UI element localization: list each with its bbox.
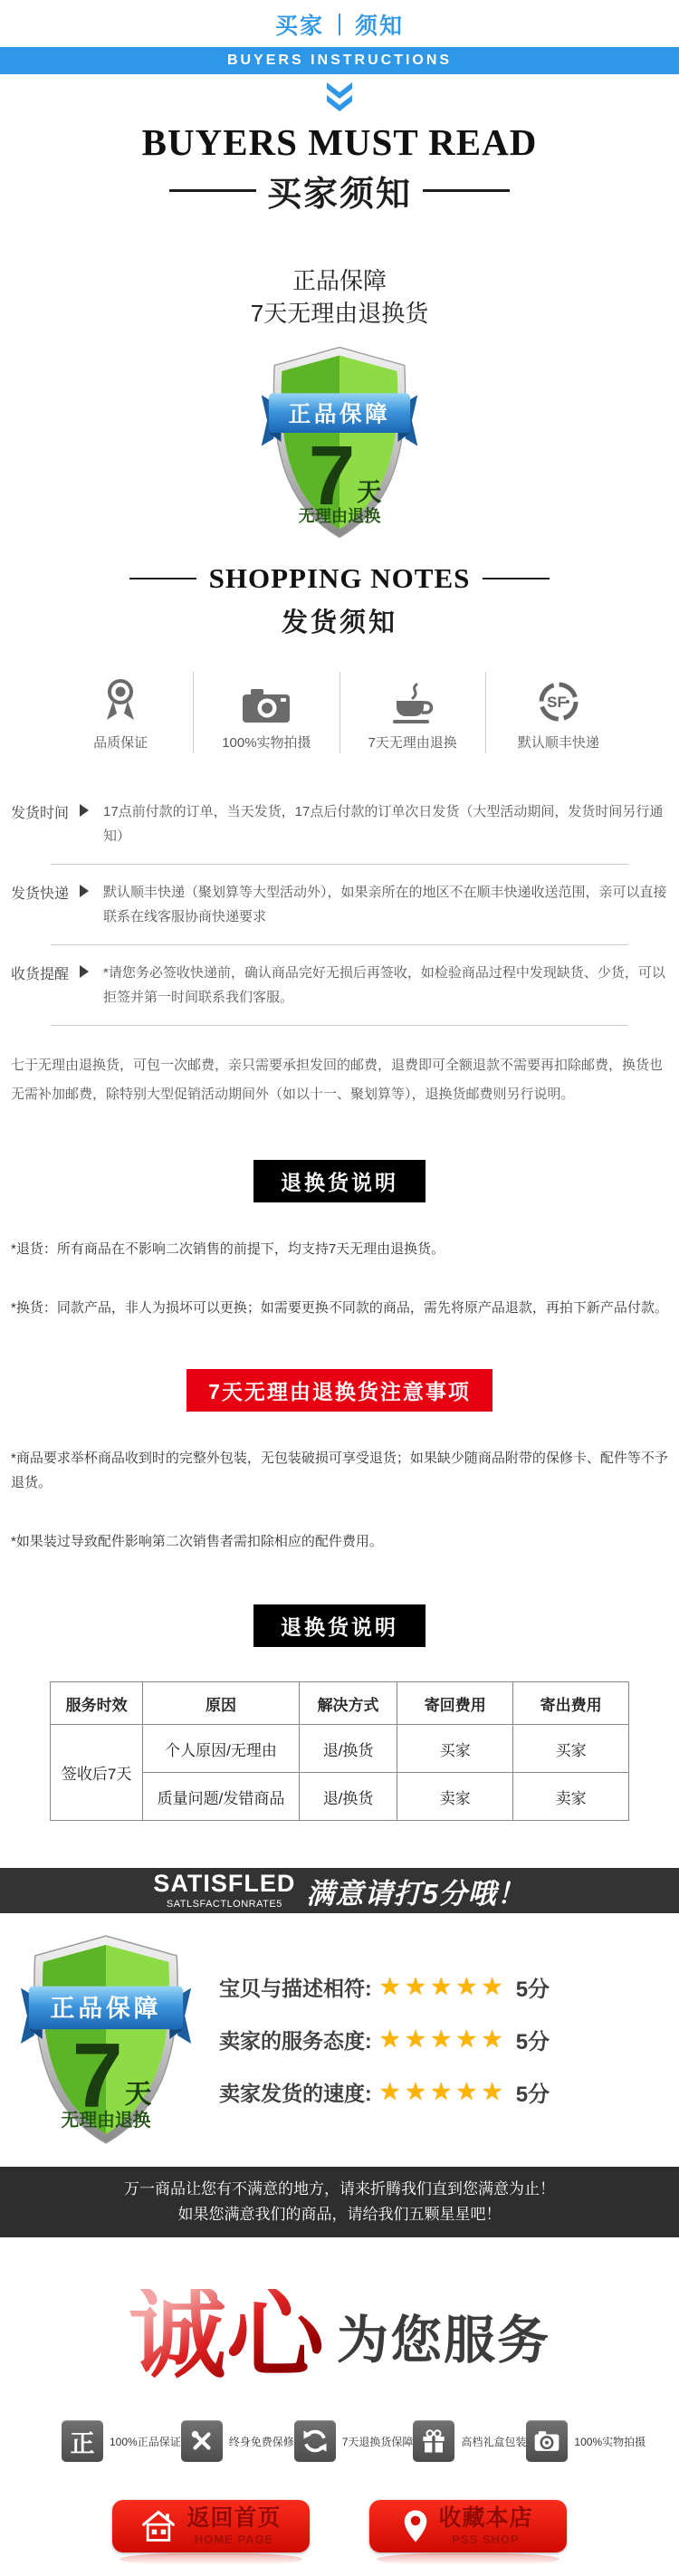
rating-row-speed: 卖家发货的速度: ★★★★★ 5分 (219, 2076, 663, 2108)
guarantee-text: 正品保障 7天无理由退换货 (0, 264, 679, 330)
satisfaction-banner-cn: 满意请打5分哦！ (306, 1871, 525, 1911)
cell: 买家 (397, 1725, 513, 1773)
feature-label: 7天无理由退换 (340, 733, 485, 752)
shield-caption: 无理由退换 (62, 2110, 151, 2131)
arrow-right-icon (80, 885, 89, 897)
shopping-notes-title: SHOPPING NOTES (0, 562, 679, 595)
feature-label: 品质保证 (48, 733, 193, 752)
cell: 个人原因/无理由 (143, 1725, 300, 1773)
cell: 卖家 (513, 1773, 629, 1821)
arrow-right-icon (80, 804, 89, 817)
feature-label: 7天退换货保障 (342, 2434, 414, 2449)
five-stars-icon: ★★★★★ (379, 2025, 507, 2054)
header-divider (339, 14, 340, 35)
notice-item-1: *商品要求举杯商品收到时的完整外包装，无包装破损可享受退货；如果缺少随商品附带的… (11, 1446, 668, 1495)
feature-label: 100%实物拍摄 (574, 2434, 646, 2449)
gift-box-icon (420, 2428, 447, 2455)
shield-unit: 天 (125, 2080, 152, 2110)
shipping-notes-title-cn: 发货须知 (0, 602, 679, 639)
button-label-en: HOME PAGE (186, 2533, 281, 2546)
coffee-cup-icon (389, 683, 436, 724)
row-text: *请您务必签收快递前，确认商品完好无损后再签收，如检验商品过程中发现缺货、少货，… (103, 961, 668, 1010)
guarantee-shield-badge: 正品保障 7 天 无理由退换 (16, 1931, 196, 2147)
cell: 退/换货 (299, 1773, 397, 1821)
arrow-right-icon (80, 965, 89, 978)
header-title-right: 须知 (355, 8, 404, 41)
feature-warranty: 终身免费保修 (181, 2420, 294, 2462)
feature-7day-return: 7天无理由退换 (339, 672, 485, 753)
row-label: 发货时间 (11, 800, 78, 848)
button-label-en: PSS SHOP (438, 2533, 532, 2546)
row-text: 17点前付款的订单，当天发货，17点后付款的订单次日发货（大型活动期间，发货时间… (103, 800, 668, 848)
row-label: 发货快递 (11, 880, 78, 929)
sf-express-icon: SF (536, 679, 581, 724)
feature-real-photo: 100%实物拍摄 (526, 2420, 646, 2462)
favorite-shop-button[interactable]: 收藏本店 PSS SHOP (369, 2500, 567, 2552)
postage-note: 七于无理由退换货，可包一次邮费，亲只需要承担发回的邮费，退费即可全额退款不需要再… (11, 1051, 668, 1110)
five-stars-icon: ★★★★★ (379, 1973, 507, 2001)
returns-item-2: *换货：同款产品，非人为损坏可以更换；如需要更换不同款的商品，需先将原产品退款，… (11, 1296, 668, 1320)
col-header: 寄出费用 (513, 1682, 629, 1725)
rating-score: 5分 (516, 2024, 550, 2055)
cell: 质量问题/发错商品 (143, 1773, 300, 1821)
rating-label: 宝贝与描述相符: (219, 1972, 372, 2002)
timeframe-cell: 签收后7天 (51, 1725, 143, 1821)
col-header: 原因 (143, 1682, 300, 1725)
rating-list: 宝贝与描述相符: ★★★★★ 5分 卖家的服务态度: ★★★★★ 5分 卖家发货… (196, 1950, 663, 2129)
exchange-arrows-icon (301, 2428, 329, 2455)
satisfaction-banner: SATISFLED SATLSFACTLONRATE5 满意请打5分哦！ (0, 1868, 679, 1913)
home-icon (140, 2509, 177, 2543)
dash-right (483, 578, 550, 579)
feature-label: 100%正品保证 (110, 2434, 181, 2449)
button-label-cn: 收藏本店 (438, 2507, 532, 2530)
returns-item-1: *退货：所有商品在不影响二次销售的前提下，均支持7天无理由退换货。 (11, 1237, 668, 1261)
buyers-instructions-page: 买家 须知 BUYERS INSTRUCTIONS BUYERS MUST RE… (0, 0, 679, 2576)
svg-text:SF: SF (547, 694, 567, 711)
row-label: 收货提醒 (11, 961, 78, 1010)
header-title-left: 买家 (275, 8, 324, 41)
genuine-seal-icon: 正 (62, 2420, 103, 2462)
bottom-features-row: 正 100%正品保证 终身免费保修 7天退 (62, 2420, 617, 2462)
sincere-text-gray: 为您服务 (337, 2299, 550, 2379)
dash-left (129, 578, 196, 579)
col-header: 服务时效 (51, 1682, 143, 1725)
dash-left (169, 189, 256, 192)
guarantee-line1: 正品保障 (0, 264, 679, 297)
rating-label: 卖家发货的速度: (219, 2077, 372, 2107)
feature-label: 高档礼盒包装 (461, 2434, 526, 2449)
satisfaction-banner-en: SATISFLED SATLSFACTLONRATE5 (153, 1872, 295, 1910)
shield-caption: 无理由退换 (299, 506, 382, 525)
guarantee-shield-badge: 正品保障 7 天 无理由退换 (257, 343, 422, 541)
shipping-row-time: 发货时间 17点前付款的订单，当天发货，17点后付款的订单次日发货（大型活动期间… (11, 784, 668, 864)
feature-genuine: 正 100%正品保证 (62, 2420, 181, 2462)
table-header-row: 服务时效 原因 解决方式 寄回费用 寄出费用 (51, 1682, 629, 1725)
camera-icon (242, 686, 291, 724)
rating-row-description: 宝贝与描述相符: ★★★★★ 5分 (219, 1971, 663, 2003)
page-header: 买家 须知 (0, 0, 679, 47)
shield-unit: 天 (357, 477, 381, 505)
divider (51, 1025, 628, 1026)
feature-label: 默认顺丰快递 (486, 733, 631, 752)
return-policy-table: 服务时效 原因 解决方式 寄回费用 寄出费用 签收后7天 个人原因/无理由 退/… (50, 1681, 629, 1821)
return-notice-banner: 7天无理由退换货注意事项 (186, 1369, 493, 1412)
sincere-text-red: 诚心 (129, 2289, 324, 2379)
sincere-service-heading: 诚心 为您服务 (0, 2272, 679, 2379)
rating-score: 5分 (516, 1971, 550, 2003)
hero-title-en: BUYERS MUST READ (0, 120, 679, 164)
promise-banner: 万一商品让您有不满意的地方，请来折腾我们直到您满意为止！ 如果您满意我们的商品，… (0, 2167, 679, 2237)
shield-ribbon-label: 正品保障 (51, 1995, 162, 2023)
promise-line-1: 万一商品让您有不满意的地方，请来折腾我们直到您满意为止！ (0, 2177, 679, 2202)
shipping-row-receipt: 收货提醒 *请您务必签收快递前，确认商品完好无损后再签收，如检验商品过程中发现缺… (11, 945, 668, 1025)
shipping-info-list: 发货时间 17点前付款的订单，当天发货，17点后付款的订单次日发货（大型活动期间… (11, 784, 668, 1026)
policy-table-banner: 退换货说明 (253, 1604, 426, 1647)
location-pin-icon (403, 2508, 428, 2544)
header-subtitle-bar: BUYERS INSTRUCTIONS (0, 47, 679, 74)
service-features-row: 品质保证 100%实物拍摄 (48, 672, 631, 753)
table-row: 签收后7天 个人原因/无理由 退/换货 买家 买家 (51, 1725, 629, 1773)
returns-banner: 退换货说明 (253, 1160, 426, 1202)
cell: 卖家 (397, 1773, 513, 1821)
col-header: 解决方式 (299, 1682, 397, 1725)
dash-right (423, 189, 510, 192)
five-stars-icon: ★★★★★ (379, 2078, 507, 2106)
shield-ribbon-label: 正品保障 (289, 400, 391, 426)
home-page-button[interactable]: 返回首页 HOME PAGE (112, 2500, 310, 2552)
notice-item-2: *如果装过导致配件影响第二次销售者需扣除相应的配件费用。 (11, 1529, 668, 1554)
feature-quality: 品质保证 (48, 672, 193, 753)
row-text: 默认顺丰快递（聚划算等大型活动外），如果亲所在的地区不在顺丰快递收送范围，亲可以… (103, 880, 668, 929)
rating-section: 正品保障 7 天 无理由退换 宝贝与描述相符: ★★★★★ 5分 卖家的服务态度… (16, 1931, 663, 2147)
repair-tools-icon (188, 2428, 215, 2455)
rating-score: 5分 (516, 2076, 550, 2108)
double-chevron-down-icon (321, 82, 358, 113)
button-label-cn: 返回首页 (186, 2507, 281, 2530)
col-header: 寄回费用 (397, 1682, 513, 1725)
feature-label: 终身免费保修 (229, 2434, 294, 2449)
rating-label: 卖家的服务态度: (219, 2025, 372, 2054)
hero-title-cn: 买家须知 (0, 166, 679, 215)
rating-row-service: 卖家的服务态度: ★★★★★ 5分 (219, 2024, 663, 2055)
promise-line-2: 如果您满意我们的商品，请给我们五颗星星吧！ (0, 2202, 679, 2227)
feature-real-photo: 100%实物拍摄 (193, 672, 339, 753)
medal-icon (100, 677, 140, 724)
feature-return-guarantee: 7天退换货保障 (294, 2420, 414, 2462)
cell: 退/换货 (299, 1725, 397, 1773)
guarantee-line2: 7天无理由退换货 (0, 297, 679, 330)
cell: 买家 (513, 1725, 629, 1773)
feature-gift-box: 高档礼盒包装 (413, 2420, 526, 2462)
camera-icon (533, 2428, 560, 2455)
feature-label: 100%实物拍摄 (194, 733, 339, 752)
feature-sf-express: SF 默认顺丰快递 (485, 672, 631, 753)
footer-buttons: 返回首页 HOME PAGE 收藏本店 PSS SHOP (0, 2500, 679, 2552)
shipping-row-courier: 发货快递 默认顺丰快递（聚划算等大型活动外），如果亲所在的地区不在顺丰快递收送范… (11, 865, 668, 944)
